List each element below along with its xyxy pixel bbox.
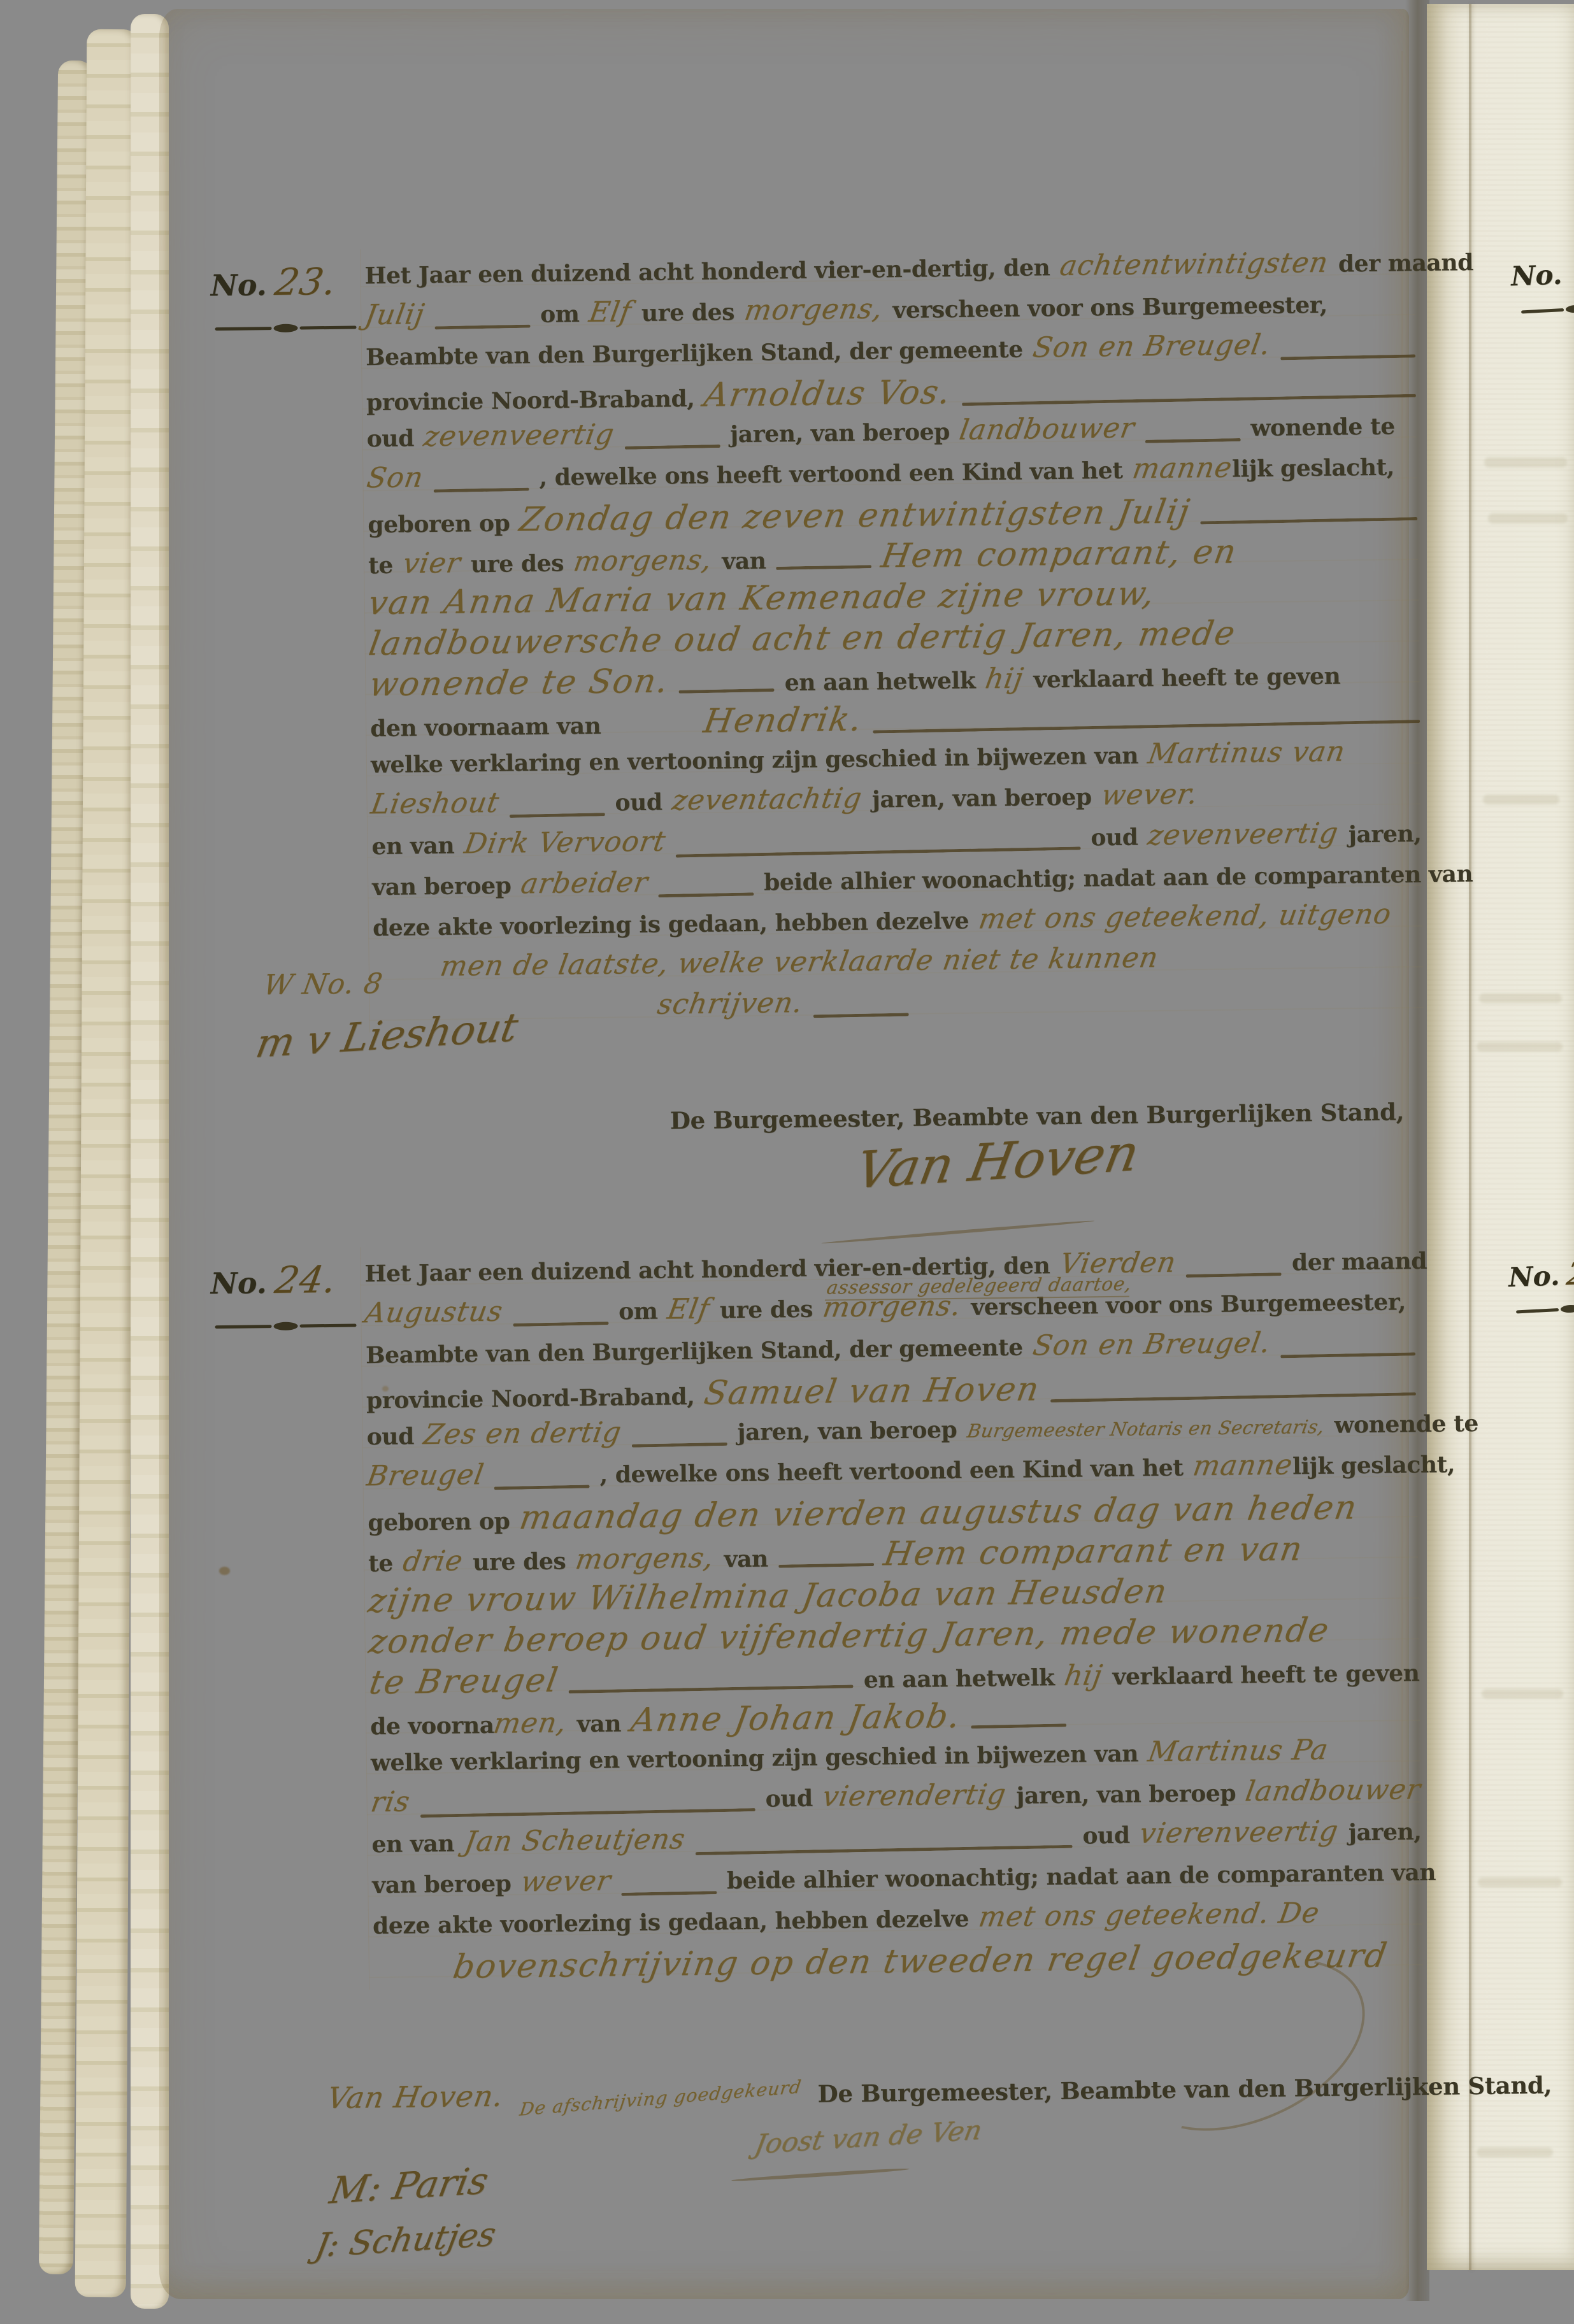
printed-form-text: te [368,1550,393,1577]
ink-dash-fill [1050,1392,1416,1402]
handwritten-entry: Jan Scheutjens [462,1823,687,1858]
handwritten-entry: vier [401,546,463,580]
printed-form-text: geboren op [368,510,510,539]
handwritten-entry: wonende te Son. [366,662,671,704]
printed-form-text: jaren, van beroep [1016,1780,1236,1809]
record-margin: No. 24. [210,1257,361,1332]
printed-form-text: provincie Noord-Braband, [366,385,695,416]
handwritten-entry: Augustus [362,1295,505,1330]
printed-form-text: wonende te [1250,413,1395,442]
ink-dash-fill [621,1891,717,1896]
handwritten-entry: ris [369,1785,413,1818]
printed-form-text: om [540,301,580,328]
handwritten-entry: wever [519,1865,613,1899]
handwritten-entry: zevenveertig [422,418,617,453]
printed-form-text: verklaard heeft te geven [1033,663,1340,694]
printed-form-text: der maand [1338,249,1474,278]
printed-form-text: en aan hetwelk [784,667,975,697]
printed-form-text: deze akte voorlezing is gedaan, hebben d… [373,908,969,941]
handwritten-entry: manne [1130,452,1234,485]
register-right-page [1427,4,1574,2270]
printed-form-text: te [368,552,393,579]
ornament-rule [215,322,356,334]
ink-dash-fill [1145,438,1241,443]
handwritten-entry: Burgemeester Notaris en Secretaris, [965,1416,1326,1442]
handwritten-entry: morgens, [571,544,715,578]
printed-form-text: oud [366,1423,414,1450]
printed-form-text: der maand [1292,1248,1427,1276]
printed-form-text: geboren op [368,1508,510,1537]
printed-form-text: welke verklaring en vertooning zijn gesc… [371,742,1139,778]
printed-form-text: van [724,1546,768,1573]
ink-dash-fill [676,846,1081,857]
ink-bleedthrough [1482,1689,1563,1699]
handwritten-entry: Elf [665,1293,712,1326]
handwritten-entry: vierendertig [820,1778,1009,1813]
handwritten-entry: Hem comparant, en [879,533,1240,576]
handwritten-entry: Zes en dertig [422,1416,624,1451]
ink-dash-fill [679,688,775,694]
printed-form-text: ure des [471,550,564,578]
ink-dash-fill [434,488,529,493]
handwritten-entry: Anne Johan Jakob. [628,1697,964,1739]
printed-form-text: oud [1082,1822,1130,1850]
handwritten-entry: Son [364,461,426,494]
ink-bleedthrough [1483,795,1559,804]
handwritten-entry: Martinus Pa [1146,1734,1331,1769]
printed-form-text: ure des [473,1548,566,1576]
printed-form-text: en van [371,1830,454,1858]
ink-dash-fill [1186,1272,1282,1278]
handwritten-entry: Son en Breugel. [1031,329,1273,364]
printed-form-text: beide alhier woonachtig; nadat aan de co… [727,1859,1436,1895]
ink-dash-fill [420,1808,755,1818]
handwritten-entry: wever. [1099,778,1200,811]
witness-signature-lieshout: m v Lieshout [252,1004,522,1067]
registrar-signature-van-hoven: Van Hoven [852,1123,1144,1200]
spacer [612,732,694,734]
ink-dash-fill [971,1723,1066,1729]
printed-form-text: lijk geslacht, [1292,1451,1455,1479]
handwritten-entry: assessor gedelegeerd daartoe, [825,1273,1134,1301]
margin-ink-marks: W No. 8 [261,967,385,1001]
handwritten-entry: morgens, [742,292,885,327]
handwritten-entry: met ons geteekend. De [977,1897,1322,1934]
record-number-value: 24. [272,1258,340,1302]
record-number-value: 23. [272,260,340,304]
record-number-value: 2 [1564,1255,1574,1292]
handwritten-entry: zeventachtig [669,782,864,817]
handwritten-entry: te Breugel [366,1662,561,1702]
printed-form-text: verklaard heeft te geven [1112,1660,1419,1690]
handwritten-entry: Hem comparant en van [881,1530,1306,1573]
handwritten-entry: men, [491,1706,569,1740]
handwritten-entry: hij [1062,1659,1105,1692]
printed-form-text: en van [371,832,454,860]
printed-form-text: deze akte voorlezing is gedaan, hebben d… [373,1906,969,1939]
printed-form-text: oud [765,1785,813,1813]
handwritten-entry: Julij [362,298,427,331]
printed-form-text: van beroep [372,873,512,901]
registrar-signature-joost-van-de-ven: Joost van de Ven [752,2114,985,2160]
ink-dash-fill [695,1845,1072,1855]
handwritten-entry: Son en Breugel. [1031,1327,1273,1362]
page-fold-line [1469,4,1471,2270]
handwritten-entry: achtentwintigsten [1057,246,1331,282]
printed-form-text: van [576,1710,621,1737]
handwritten-entry: schrijven. [655,987,805,1021]
ink-dash-fill [1280,354,1415,360]
printed-form-text: ure des [641,299,735,327]
closing-signature-row: Van Hoven. De afschrijving goedgekeurd D… [327,2066,1552,2115]
record-body: Het Jaar een duizend acht honderd vier-e… [360,1234,1423,1990]
next-page-record-number: No. [1510,259,1563,292]
handwritten-entry: hij [983,662,1026,695]
printed-form-text: welke verklaring en vertooning zijn gesc… [371,1740,1139,1776]
printed-form-text: jaren, [1349,820,1422,848]
ink-bleedthrough [1488,513,1568,524]
handwritten-entry: landbouwer [1243,1773,1424,1807]
ink-dash-fill [776,565,872,570]
printed-form-text: Het Jaar een duizend acht honderd vier-e… [364,254,1050,289]
handwritten-entry: Zondag den zeven entwintigsten Julij [517,492,1193,539]
printed-form-text: oud [615,789,662,816]
handwritten-entry: landbouwer [957,411,1138,446]
printed-form-text: beide alhier woonachtig; nadat aan de co… [764,860,1473,896]
handwritten-entry: Dirk Vervoort [462,825,668,860]
ink-bleedthrough [1479,994,1562,1003]
ink-dash-fill [624,445,720,450]
printed-form-text: en aan hetwelk [864,1664,1055,1693]
handwritten-entry: zevenveertig [1145,817,1341,852]
printed-form-text: , dewelke ons heeft vertoond een Kind va… [539,457,1123,491]
ink-bleedthrough [1477,2148,1553,2157]
handwritten-entry: Samuel van Hoven [701,1370,1043,1413]
printed-form-text: Beambte van den Burgerlijken Stand, der … [366,1334,1023,1369]
ink-bleedthrough [1477,1042,1563,1052]
handwritten-entry: manne [1191,1448,1295,1482]
handwritten-entry: Arnoldus Vos. [701,373,954,415]
record-margin: No. 23. [210,259,361,334]
printed-form-text: jaren, van beroep [737,1416,957,1446]
printed-form-text: jaren, van beroep [730,418,950,448]
ink-bleedthrough [1484,457,1567,467]
handwritten-entry: Lieshout [369,787,502,821]
printed-form-text: den voornaam van [370,713,601,742]
printed-form-text: jaren, [1349,1818,1422,1846]
ink-dash-fill [658,892,754,897]
signature-flourish [731,2167,910,2183]
witness-signature-schutjes: J: Schutjes [312,2216,499,2265]
printed-form-text: van beroep [372,1871,512,1899]
printed-form-text: jaren, van beroep [872,783,1092,813]
printed-form-text: ure des [720,1296,813,1324]
ink-dash-fill [513,1322,608,1327]
next-page-record-number: No. 2 [1508,1255,1574,1294]
ink-dash-fill [873,720,1420,733]
printed-form-text: lijk geslacht, [1232,454,1394,483]
ink-dash-fill [1280,1352,1415,1358]
ink-dash-fill [569,1685,854,1693]
handwritten-entry: Hendrik. [701,701,865,741]
ink-dash-fill [962,394,1416,406]
printed-form-text: om [619,1298,658,1325]
record-number-label: No. [1508,1260,1560,1293]
printed-form-text: provincie Noord-Braband, [366,1383,695,1414]
ink-dash-fill [1201,517,1418,525]
record-number-label: No. [210,267,267,303]
printed-form-text: van [722,548,766,575]
ink-dash-fill [778,1563,874,1568]
witness-signature-paris: M: Paris [326,2159,492,2213]
printed-form-text: , dewelke ons heeft vertoond een Kind va… [599,1455,1184,1488]
printed-form-text: oud [1091,824,1138,852]
spacer [373,1978,443,1979]
ornament-rule [215,1320,356,1332]
printed-form-text: wonende te [1334,1410,1478,1439]
ink-dash-fill [434,325,530,330]
registrar-signature-van-hoven: Van Hoven. [325,2079,506,2115]
ink-bleedthrough [1478,1878,1562,1887]
handwritten-entry: vierenveertig [1137,1815,1341,1850]
printed-form-text: oud [366,425,414,452]
handwritten-entry: arbeider [519,866,650,901]
printed-form-text: de voorna [370,1712,494,1740]
closing-handwritten-note: De afschrijving goedgekeurd [519,2076,803,2120]
ink-dash-fill [510,813,605,818]
scanned-register-page: { "page": { "background_color": "#8a8a8a… [0,0,1574,2324]
birth-record-24: No. 24. Het Jaar een duizend acht honder… [210,1234,1427,2306]
record-number-label: No. [1510,259,1563,292]
printed-form-text: verscheen voor ons Burgemeester, [892,292,1327,324]
record-number-label: No. [210,1265,267,1301]
ink-dash-fill [632,1443,727,1448]
ink-dash-fill [813,1013,908,1018]
handwritten-entry: morgens, [573,1542,717,1576]
handwritten-entry: Breugel [364,1458,486,1492]
handwritten-entry: Elf [587,296,634,329]
handwritten-entry: drie [401,1544,466,1578]
printed-form-text: Beambte van den Burgerlijken Stand, der … [366,336,1023,371]
handwritten-entry: met ons geteekend, uitgeno [977,898,1394,936]
record-body: Het Jaar een duizend acht honderd vier-e… [360,236,1424,1032]
handwritten-entry: Martinus van [1146,735,1348,770]
ink-dash-fill [494,1485,590,1490]
birth-record-23: No. 23. Het Jaar een duizend acht honder… [210,236,1426,1257]
